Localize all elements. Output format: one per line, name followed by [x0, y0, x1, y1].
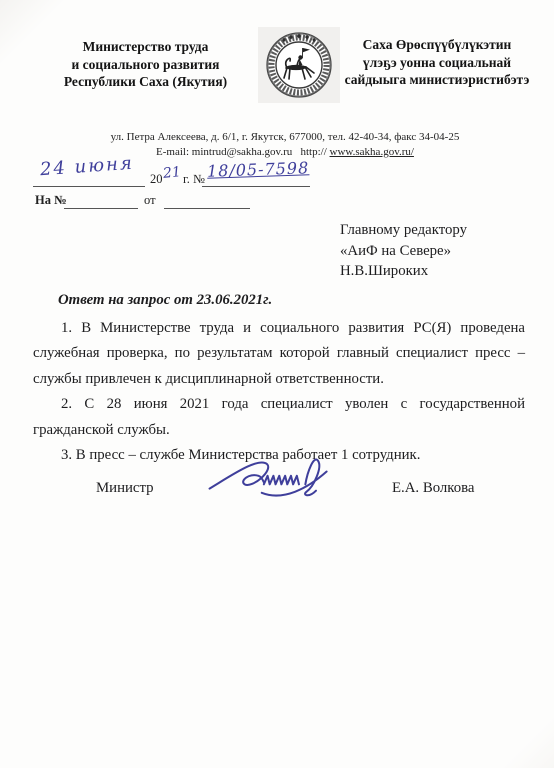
incoming-date-blank	[164, 207, 250, 209]
email-label: E-mail:	[156, 146, 189, 158]
na-no-label: На №	[35, 193, 67, 208]
addressee-block: Главному редактору «АиФ на Севере» Н.В.Ш…	[340, 220, 467, 282]
handwritten-year: 21	[162, 164, 181, 182]
handwritten-outgoing-number: 18/05-7598	[207, 158, 310, 181]
sakha-horse-rider-seal-icon	[264, 30, 334, 100]
date-blank-line	[33, 185, 145, 187]
web-prefix: http://	[301, 146, 327, 158]
org-left-line2: и социального развития	[28, 56, 263, 74]
body-paragraph-2: 2. С 28 июня 2021 года специалист уволен…	[33, 392, 525, 443]
org-left-line1: Министерство труда	[28, 38, 263, 56]
addressee-name: Н.В.Широких	[340, 261, 467, 282]
subject-line: Ответ на запрос от 23.06.2021г.	[58, 292, 272, 309]
website-link[interactable]: www.sakha.gov.ru/	[330, 146, 414, 158]
ot-label: от	[144, 193, 156, 208]
address-line: ул. Петра Алексеева, д. 6/1, г. Якутск, …	[55, 130, 515, 145]
addressee-position: Главному редактору	[340, 220, 467, 241]
handwritten-signature-icon	[203, 446, 363, 512]
signer-title: Министр	[96, 480, 154, 497]
scanned-letter-page: Министерство труда и социального развити…	[0, 0, 554, 768]
org-right-line1: Саха Өрөспүүбүлүкэтин	[328, 36, 546, 54]
body-paragraph-1: 1. В Министерстве труда и социального ра…	[33, 316, 525, 392]
year-prefix: 20	[150, 172, 163, 187]
org-right-line2: үлэҕэ уонна социальнай	[328, 54, 546, 72]
signer-name: Е.А. Волкова	[392, 480, 474, 497]
number-blank-line	[202, 185, 310, 187]
org-name-sakha: Саха Өрөспүүбүлүкэтин үлэҕэ уонна социал…	[328, 36, 546, 89]
org-left-line3: Республики Саха (Якутия)	[28, 73, 263, 91]
org-name-russian: Министерство труда и социального развити…	[28, 38, 263, 91]
handwritten-date: 24 июня	[39, 153, 134, 180]
incoming-number-blank	[64, 207, 138, 209]
addressee-publication: «АиФ на Севере»	[340, 241, 467, 262]
email-address: mintrud@sakha.gov.ru	[192, 146, 292, 158]
org-right-line3: сайдыыга министиэристибэтэ	[328, 71, 546, 89]
